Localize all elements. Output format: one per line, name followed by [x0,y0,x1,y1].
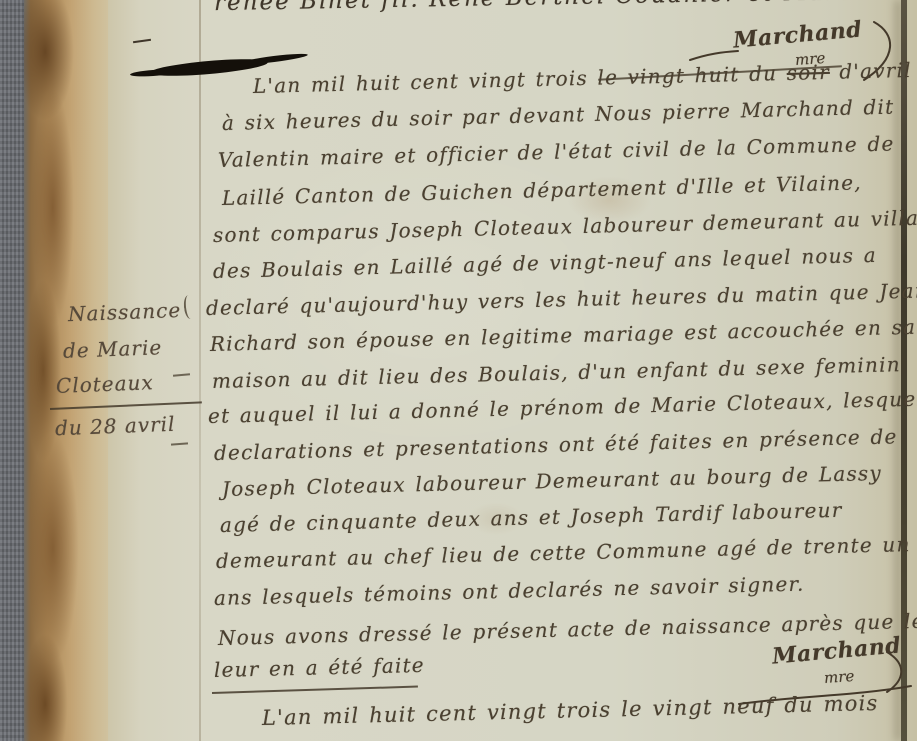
act-opening-rest: d'avril [830,58,912,84]
bottom-signature-title: mre [823,667,854,687]
margin-note-line: Naissance [68,298,182,326]
margin-fold-line [199,0,201,741]
page-binding-edge [24,0,120,741]
margin-note-line: Cloteaux [56,370,155,398]
margin-note-line: de Marie [63,335,163,363]
act-struck-word: soir [786,60,830,85]
margin-note-date: du 28 avril [55,412,176,441]
act-line: leur en a été faite [214,653,425,682]
register-page-scan: renée Bihet fil. René Berthel Couanier e… [0,0,917,741]
